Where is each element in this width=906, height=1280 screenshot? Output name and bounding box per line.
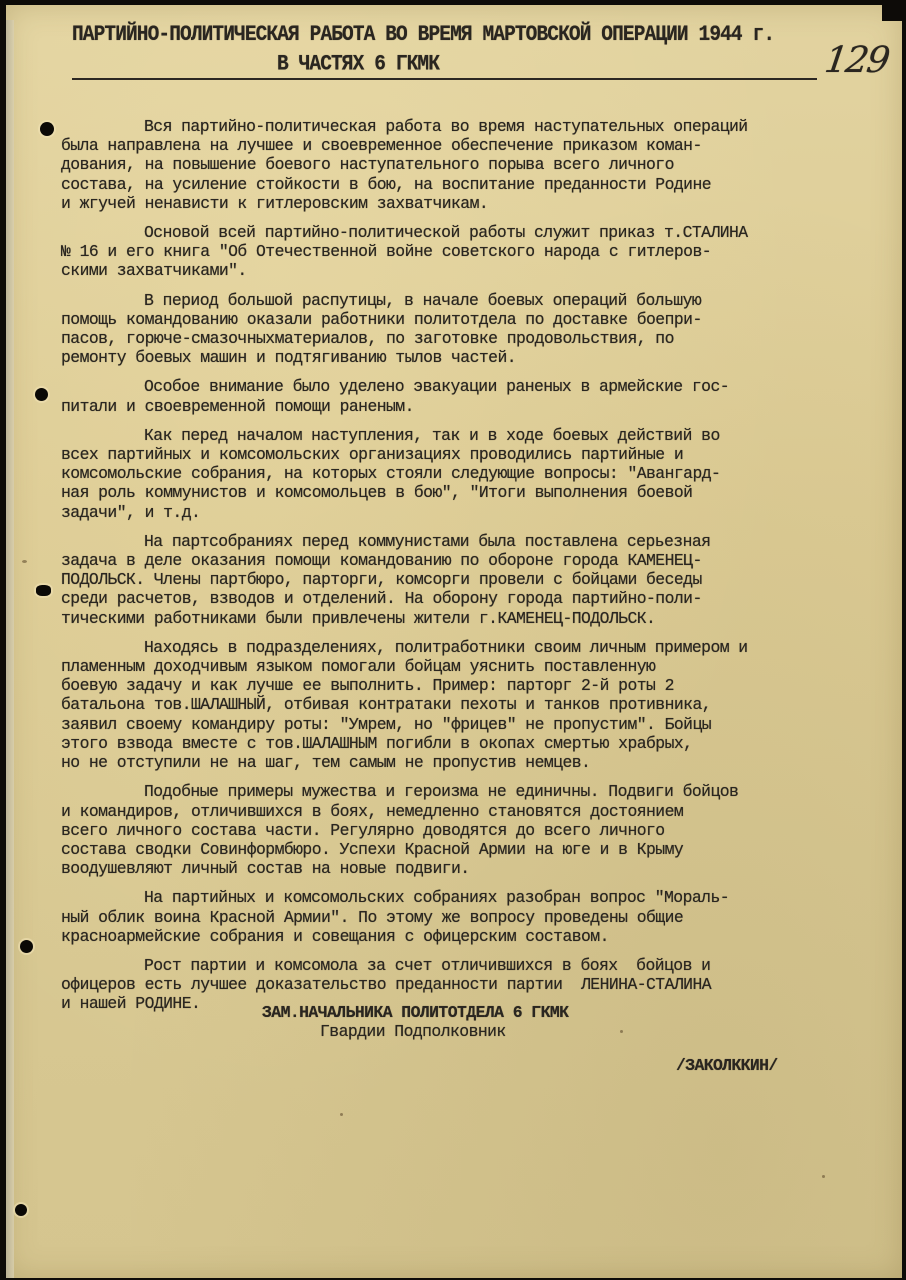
paragraph: На партийных и комсомольских собраниях р… — [61, 888, 893, 946]
paragraph: Находясь в подразделениях, политработник… — [61, 638, 893, 772]
text-line: заявил своему командиру роты: "Умрем, но… — [61, 715, 893, 734]
text-line: офицеров есть лучшее доказательство пред… — [61, 975, 893, 994]
paragraph: Как перед началом наступления, так и в х… — [61, 426, 893, 522]
text-line: Как перед началом наступления, так и в х… — [61, 426, 893, 445]
text-line: скими захватчиками". — [61, 261, 893, 280]
signatory-position: ЗАМ.НАЧАЛЬНИКА ПОЛИТОТДЕЛА 6 ГКМК — [262, 1003, 568, 1022]
document-title: ПАРТИЙНО-ПОЛИТИЧЕСКАЯ РАБОТА ВО ВРЕМЯ МА… — [72, 20, 832, 78]
text-line: № 16 и его книга "Об Отечественной войне… — [61, 242, 893, 261]
text-line: помощь командованию оказали работники по… — [61, 310, 893, 329]
text-line: задачи", и т.д. — [61, 503, 893, 522]
text-line: В период большой распутицы, в начале бое… — [61, 291, 893, 310]
text-line: среди расчетов, взводов и отделений. На … — [61, 589, 893, 608]
text-line: была направлена на лучшее и своевременно… — [61, 136, 893, 155]
text-line: дования, на повышение боевого наступател… — [61, 155, 893, 174]
text-line: комсомольские собрания, на которых стоял… — [61, 464, 893, 483]
text-line: На партийных и комсомольских собраниях р… — [61, 888, 893, 907]
text-line: состава сводки Совинформбюро. Успехи Кра… — [61, 840, 893, 859]
text-line: ПОДОЛЬСК. Члены партбюро, парторги, комс… — [61, 570, 893, 589]
text-line: Находясь в подразделениях, политработник… — [61, 638, 893, 657]
text-line: этого взвода вместе с тов.ШАЛАШНЫМ погиб… — [61, 734, 893, 753]
text-line: ная роль коммунистов и комсомольцев в бо… — [61, 483, 893, 502]
text-line: Особое внимание было уделено эвакуации р… — [61, 377, 893, 396]
text-line: всего личного состава части. Регулярно д… — [61, 821, 893, 840]
text-line: Подобные примеры мужества и героизма не … — [61, 782, 893, 801]
scanned-document: ПАРТИЙНО-ПОЛИТИЧЕСКАЯ РАБОТА ВО ВРЕМЯ МА… — [0, 0, 906, 1280]
text-line: пасов, горюче-смазочныхматериалов, по за… — [61, 329, 893, 348]
text-line: батальона тов.ШАЛАШНЫЙ, отбивая контрата… — [61, 695, 893, 714]
title-line-1: ПАРТИЙНО-ПОЛИТИЧЕСКАЯ РАБОТА ВО ВРЕМЯ МА… — [72, 22, 774, 47]
document-body: Вся партийно-политическая работа во врем… — [61, 117, 893, 1024]
text-line: красноармейские собрания и совещания с о… — [61, 927, 893, 946]
signatory-name: /ЗАКОЛККИН/ — [676, 1056, 778, 1075]
signatory-rank: Гвардии Подполковник — [262, 1022, 568, 1041]
text-line: всех партийных и комсомольских организац… — [61, 445, 893, 464]
title-underline — [72, 78, 817, 80]
text-line: но не отступили не на шаг, тем самым не … — [61, 753, 893, 772]
title-line-2: В ЧАСТЯХ 6 ГКМК — [72, 49, 832, 78]
text-line: Вся партийно-политическая работа во врем… — [61, 117, 893, 136]
text-line: На партсобраниях перед коммунистами была… — [61, 532, 893, 551]
paragraph: Вся партийно-политическая работа во врем… — [61, 117, 893, 213]
text-line: и командиров, отличившихся в боях, немед… — [61, 802, 893, 821]
text-line: и жгучей ненависти к гитлеровским захват… — [61, 194, 893, 213]
paragraph: Основой всей партийно-политической работ… — [61, 223, 893, 281]
paragraph: В период большой распутицы, в начале бое… — [61, 291, 893, 368]
handwritten-page-number: 129 — [822, 40, 890, 81]
text-line: Основой всей партийно-политической работ… — [61, 223, 893, 242]
text-line: пламенным доходчивым языком помогали бой… — [61, 657, 893, 676]
text-line: ремонту боевых машин и подтягиванию тыло… — [61, 348, 893, 367]
text-line: состава, на усиление стойкости в бою, на… — [61, 175, 893, 194]
signature-block: ЗАМ.НАЧАЛЬНИКА ПОЛИТОТДЕЛА 6 ГКМК Гварди… — [262, 1003, 568, 1041]
text-line: ный облик воина Красной Армии". По этому… — [61, 908, 893, 927]
text-line: Рост партии и комсомола за счет отличивш… — [61, 956, 893, 975]
paragraph: Особое внимание было уделено эвакуации р… — [61, 377, 893, 415]
paragraph: На партсобраниях перед коммунистами была… — [61, 532, 893, 628]
paragraph: Подобные примеры мужества и героизма не … — [61, 782, 893, 878]
text-line: воодушевляют личный состав на новые подв… — [61, 859, 893, 878]
text-line: тическими работниками были привлечены жи… — [61, 609, 893, 628]
text-line: боевую задачу и как лучше ее выполнить. … — [61, 676, 893, 695]
text-line: задача в деле оказания помощи командован… — [61, 551, 893, 570]
document-content: ПАРТИЙНО-ПОЛИТИЧЕСКАЯ РАБОТА ВО ВРЕМЯ МА… — [0, 0, 906, 1280]
text-line: питали и своевременной помощи раненым. — [61, 397, 893, 416]
